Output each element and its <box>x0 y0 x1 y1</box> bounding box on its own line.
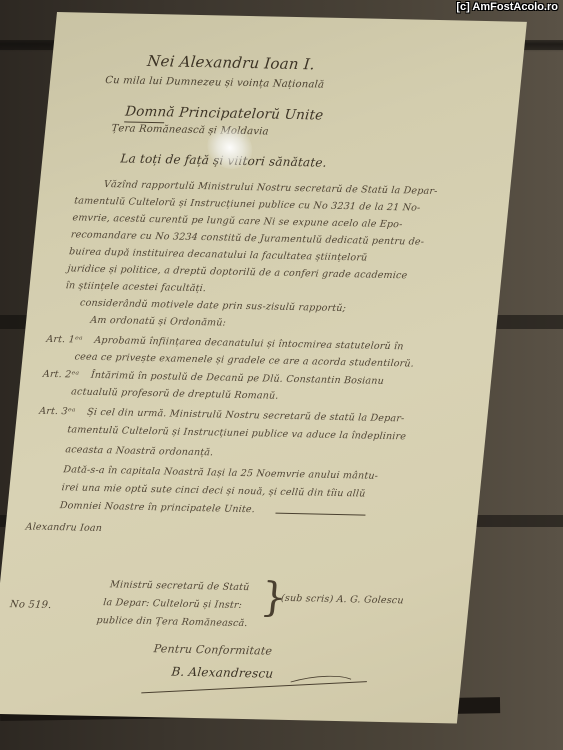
article-1-line: Aprobamŭ înființarea decanatului și înto… <box>94 335 404 352</box>
minister-signature-note: (sub scris) A. G. Golescu <box>280 593 404 607</box>
article-2-line: Întărimŭ în postulŭ de Decanŭ pe Dlŭ. Co… <box>90 370 384 387</box>
article-3-line: tamentulŭ Cultelorŭ și Instrucțiunei pub… <box>67 424 407 442</box>
article-1-label: Art. 1ᵉᵃ <box>46 334 83 346</box>
minister-line: la Depar: Cultelorŭ și Instr: <box>103 597 243 611</box>
domn-line: Domnă Principatelorŭ Unite <box>124 103 324 123</box>
certification-line: Pentru Conformitate <box>153 642 273 657</box>
minister-line: Ministrŭ secretarŭ de Statŭ <box>109 579 250 593</box>
body-line: tamentulŭ Cultelorŭ și Instrucțiunei pub… <box>74 195 421 213</box>
historical-document: Nei Alexandru Ioan I. Cu mila lui Dumnez… <box>0 12 527 724</box>
body-line: recomandare cu No 3234 constitŭ de Juram… <box>70 229 424 247</box>
minister-line: publice din Țera Romănească. <box>96 615 248 629</box>
body-line: Văzînd rapportulŭ Ministrului Nostru sec… <box>103 179 438 197</box>
closing-line: Domniei Noastre în principatele Unite. <box>59 500 255 515</box>
article-3-line: Și cel din urmă. Ministrulŭ Nostru secre… <box>87 407 405 425</box>
closing-line: Dată-s-a în capitala Noastră Iași la 25 … <box>63 464 379 482</box>
document-title: Nei Alexandru Ioan I. <box>146 52 315 73</box>
article-2-line: actualulŭ profesorŭ de dreptulŭ Romanŭ. <box>71 386 279 401</box>
body-line: considerândŭ motivele date prin sus-zisu… <box>79 298 346 315</box>
article-3-label: Art. 3ᵉᵃ <box>39 406 76 418</box>
body-line: Am ordonatŭ și Ordonămŭ: <box>90 315 227 329</box>
document-title-sub: Cu mila lui Dumnezeu și voința Națională <box>105 75 325 91</box>
closing-signature: Alexandru Ioan <box>25 521 103 534</box>
body-line: emvrie, acestŭ curentŭ pe lungŭ care Ni … <box>72 212 403 230</box>
watermark: [c] AmFostAcolo.ro <box>456 1 558 13</box>
closing-line: irei una mie optŭ sute cinci deci și nou… <box>61 482 366 499</box>
closing-flourish <box>275 513 365 516</box>
signature-flourish <box>139 669 372 704</box>
article-1-line: ceea ce privește examenele și gradele ce… <box>74 351 414 369</box>
body-line: juridice și politice, a dreptŭ doptorilŭ… <box>67 263 408 281</box>
document-number: No 519. <box>9 599 52 611</box>
body-line: buirea după instituirea decanatului la f… <box>69 246 368 263</box>
article-2-label: Art. 2ᵉᵃ <box>42 369 79 381</box>
body-line: în științele acestei facultăți. <box>65 280 206 294</box>
article-3-line: aceasta a Noastră ordonanță. <box>65 444 214 458</box>
